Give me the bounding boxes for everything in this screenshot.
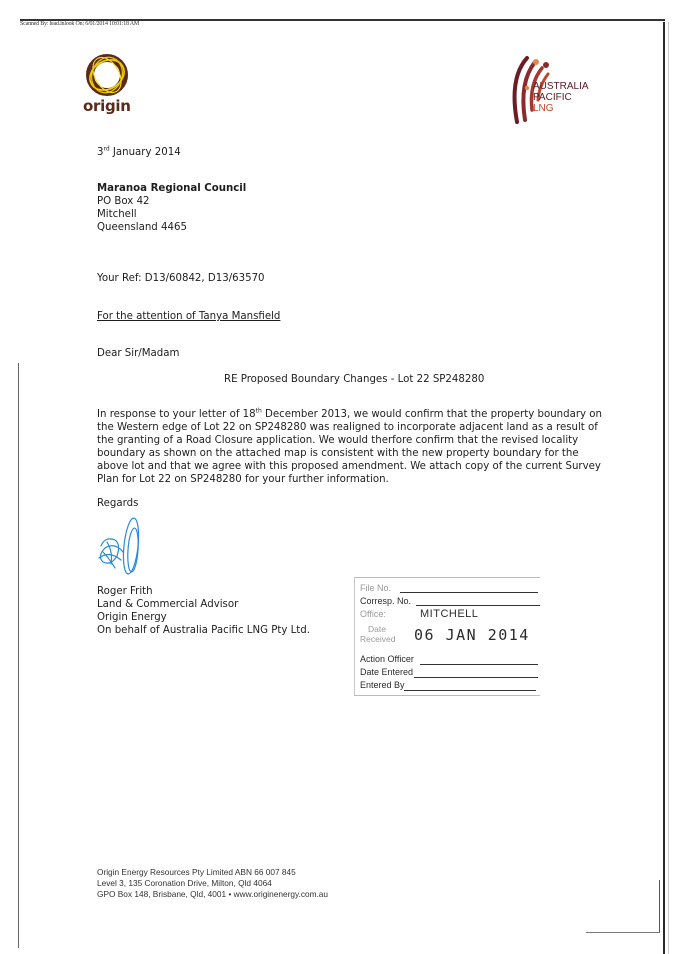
salutation: Dear Sir/Madam <box>97 347 179 360</box>
body-line: boundary as shown on the attached map is… <box>97 447 627 460</box>
signatory-name: Roger Frith <box>97 585 310 598</box>
scan-header-text: Scanned By: lead.inlook On: 6/01/2014 10… <box>20 21 139 27</box>
stamp-office-label: Office: <box>360 609 386 619</box>
recipient-organisation: Maranoa Regional Council <box>97 182 246 195</box>
date-rest: January 2014 <box>110 147 181 158</box>
signatory-block: Roger Frith Land & Commercial Advisor Or… <box>97 585 310 637</box>
body-line: the granting of a Road Closure applicati… <box>97 434 627 447</box>
address-line: Mitchell <box>97 208 246 221</box>
stamp-office-value: MITCHELL <box>420 608 478 620</box>
body-paragraph: In response to your letter of 18th Decem… <box>97 408 627 486</box>
body-line: the Western edge of Lot 22 on SP248280 w… <box>97 421 627 434</box>
address-line: PO Box 42 <box>97 195 246 208</box>
footer-line: GPO Box 148, Brisbane, Qld, 4001 • www.o… <box>97 889 328 900</box>
stamp-border <box>354 695 540 696</box>
your-reference: Your Ref: D13/60842, D13/63570 <box>97 272 265 285</box>
origin-wordmark: origin <box>83 97 131 115</box>
company-footer: Origin Energy Resources Pty Limited ABN … <box>97 867 328 900</box>
body-line: In response to your letter of 18th Decem… <box>97 408 627 421</box>
recipient-address: Maranoa Regional Council PO Box 42 Mitch… <box>97 182 246 234</box>
signatory-company: Origin Energy <box>97 611 310 624</box>
stamp-date-value: 06 JAN 2014 <box>414 626 530 644</box>
attention-line: For the attention of Tanya Mansfield <box>97 310 280 323</box>
aplng-line-2: PACIFIC <box>533 92 589 103</box>
subject-line: RE Proposed Boundary Changes - Lot 22 SP… <box>224 373 484 386</box>
footer-line: Origin Energy Resources Pty Limited ABN … <box>97 867 328 878</box>
stamp-entered-by-line <box>404 690 536 691</box>
aplng-line-1: AUSTRALIA <box>533 81 589 92</box>
stamp-action-officer-label: Action Officer <box>360 654 414 664</box>
stamp-file-no-line <box>400 592 538 593</box>
stamp-date-entered-line <box>414 677 538 678</box>
scan-left-edge <box>18 363 19 948</box>
aplng-line-3: LNG <box>533 103 589 114</box>
scan-right-edge <box>663 22 665 954</box>
stamp-file-no-label: File No. <box>360 583 391 593</box>
aplng-wordmark: AUSTRALIA PACIFIC LNG <box>533 81 589 114</box>
stamp-border <box>354 577 540 578</box>
crop-mark-horizontal <box>586 932 660 933</box>
signatory-on-behalf: On behalf of Australia Pacific LNG Pty L… <box>97 624 310 637</box>
stamp-received-label: Received <box>360 634 395 644</box>
body-line: Plan for Lot 22 on SP248280 for your fur… <box>97 473 627 486</box>
stamp-entered-by-label: Entered By <box>360 680 405 690</box>
body-text: In response to your letter of 18 <box>97 409 256 420</box>
signature-icon <box>95 508 151 580</box>
scan-right-edge-shadow <box>668 22 669 954</box>
body-text: December 2013, we would confirm that the… <box>262 409 602 420</box>
stamp-corresp-line <box>416 605 540 606</box>
signatory-title: Land & Commercial Advisor <box>97 598 310 611</box>
footer-line: Level 3, 135 Coronation Drive, Milton, Q… <box>97 878 328 889</box>
crop-mark-vertical <box>659 880 660 932</box>
received-stamp: File No. Corresp. No. Office: MITCHELL D… <box>352 577 542 697</box>
stamp-border <box>354 577 355 695</box>
body-line: above lot and that we agree with this pr… <box>97 460 627 473</box>
stamp-corresp-label: Corresp. No. <box>360 596 411 606</box>
stamp-action-officer-line <box>420 664 538 665</box>
address-line: Queensland 4465 <box>97 221 246 234</box>
letter-date: 3rd January 2014 <box>97 146 181 159</box>
stamp-date-entered-label: Date Entered <box>360 667 413 677</box>
stamp-date-label: Date <box>368 624 386 634</box>
